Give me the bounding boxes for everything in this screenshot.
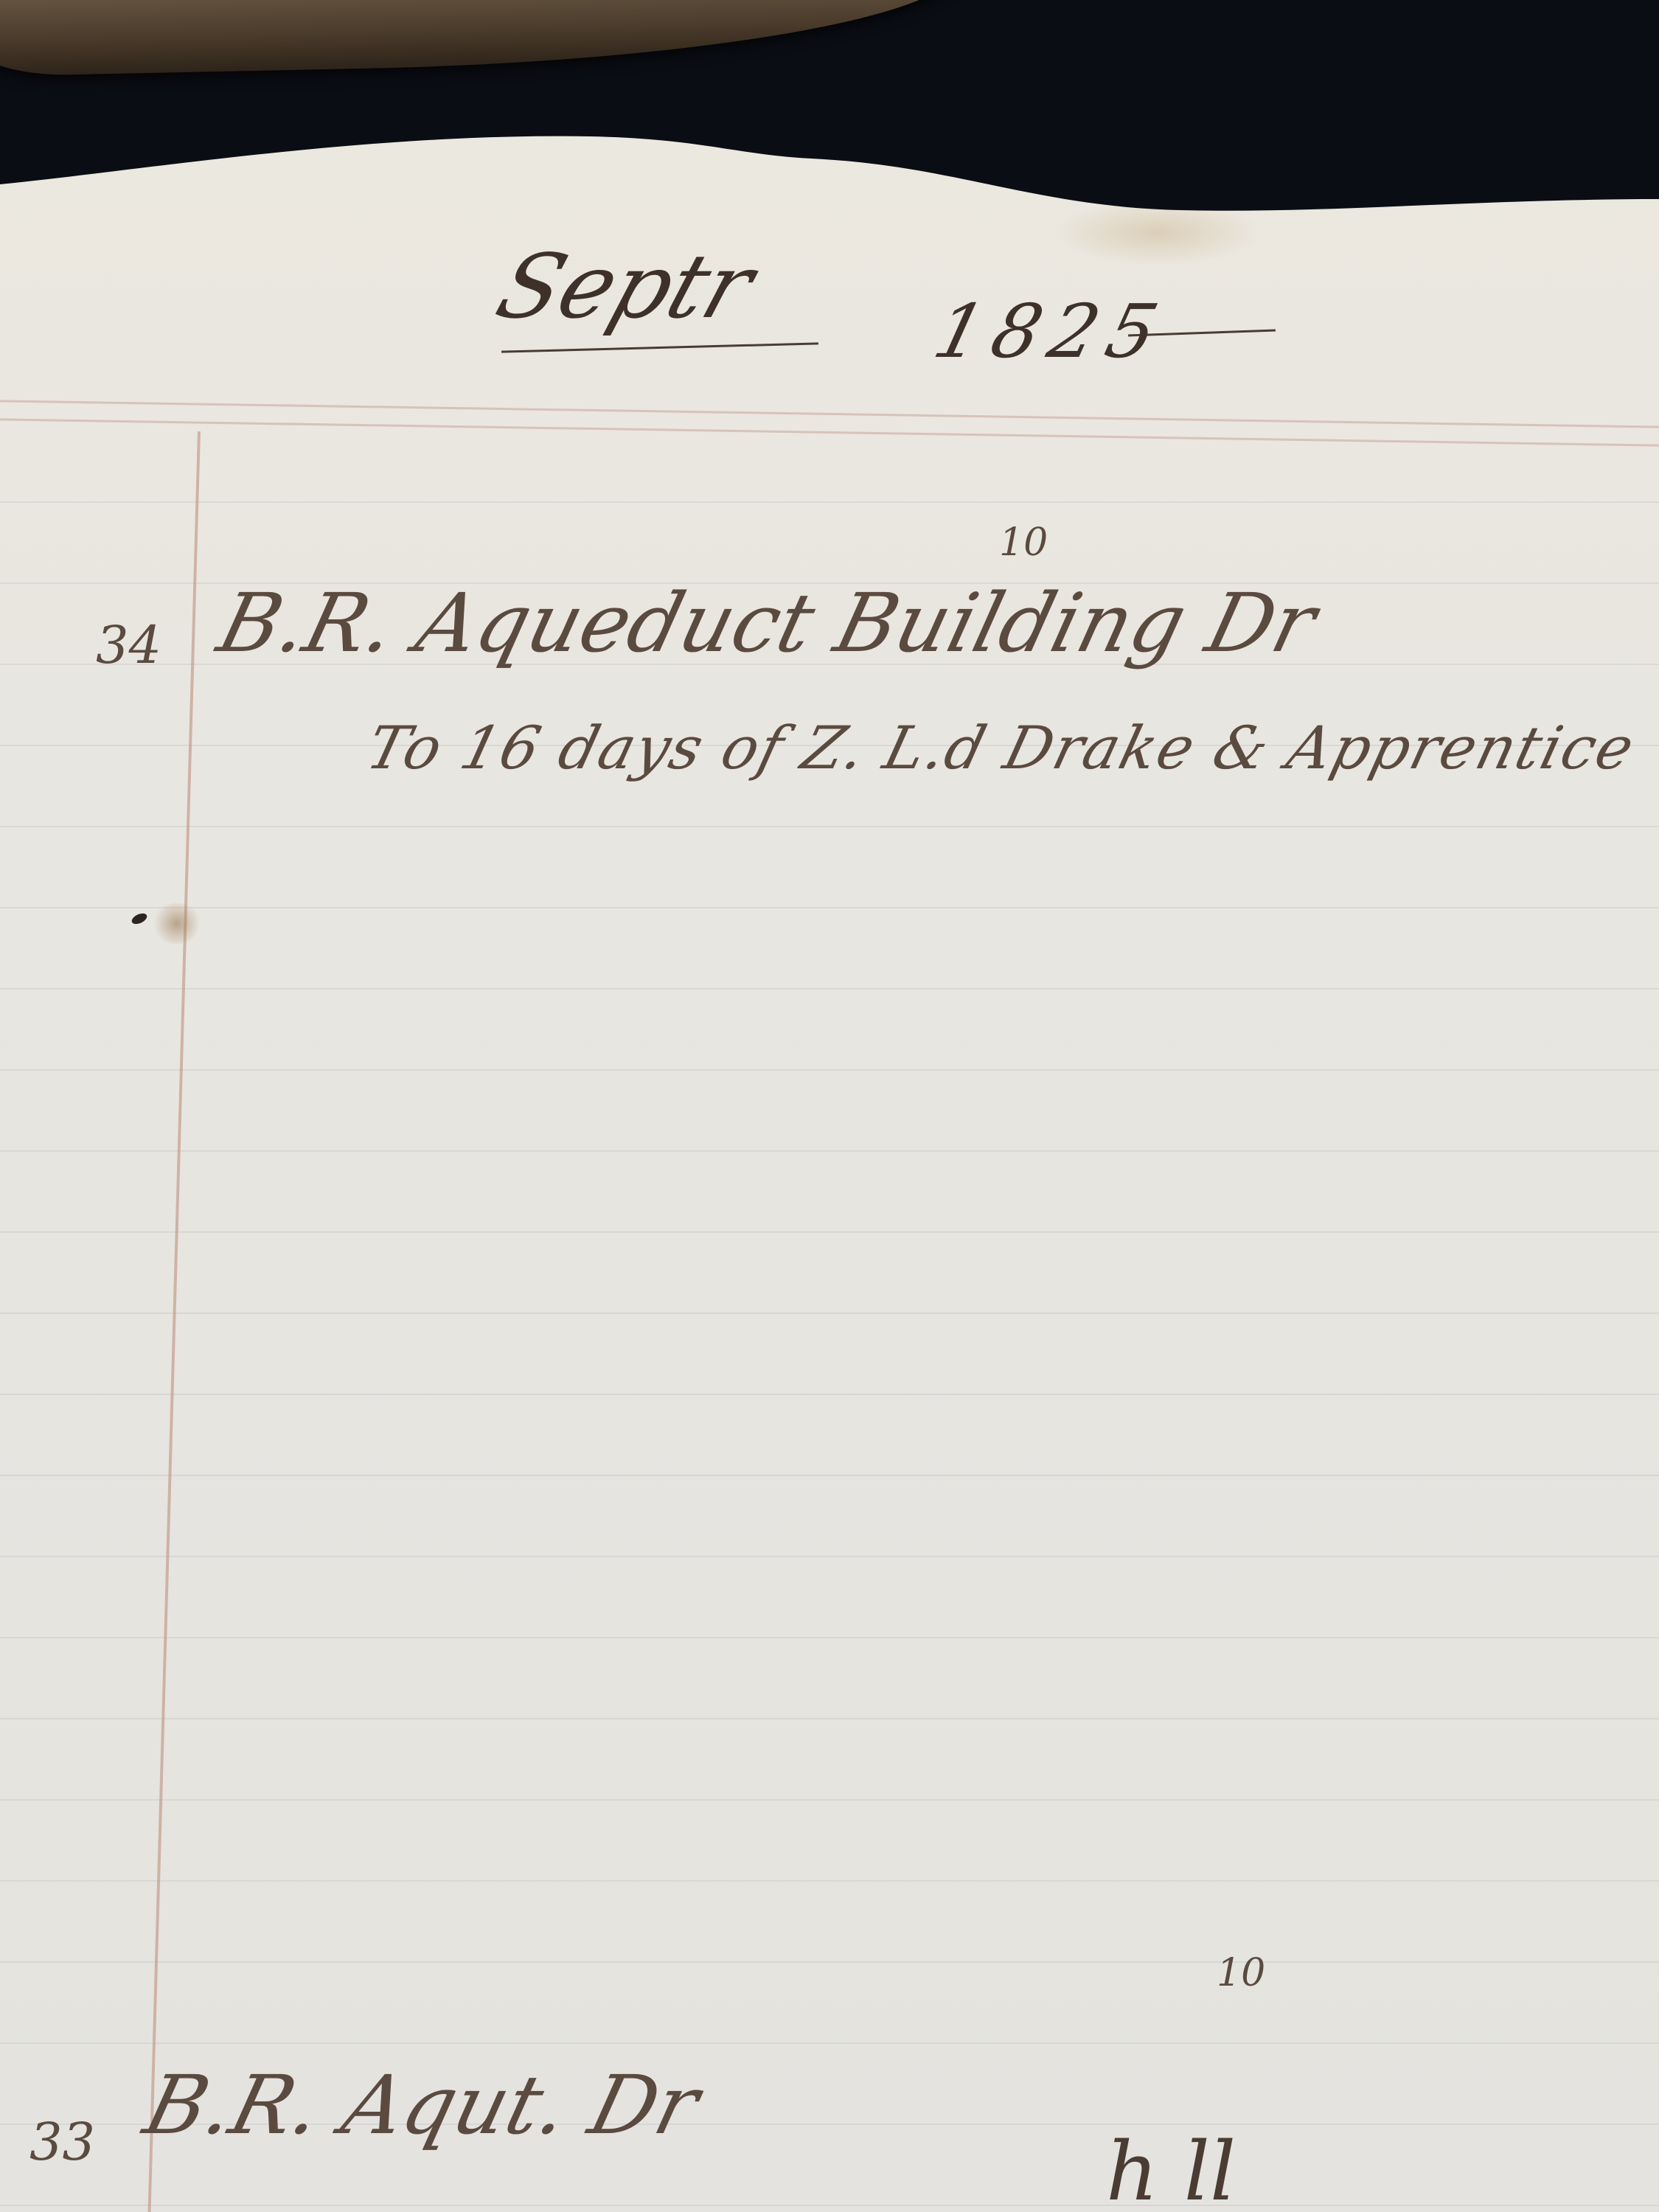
- ruled-line: [0, 1394, 1659, 1395]
- ruled-line: [0, 1312, 1659, 1314]
- book-cover-edge: [0, 0, 959, 77]
- margin-line: [147, 431, 201, 2212]
- entry-line: To 16 days of Z. L.d Drake & Apprentice: [361, 719, 1641, 778]
- ruled-line: [0, 1799, 1659, 1801]
- ruled-line: [0, 1475, 1659, 1476]
- month-flourish: [501, 342, 818, 352]
- ledger-page: Septr 1825 10 34 B.R. Aqueduct Building …: [0, 0, 1659, 2212]
- ruled-line: [0, 1150, 1659, 1152]
- ruled-line: [0, 2042, 1659, 2044]
- header-year: 1825: [928, 295, 1175, 369]
- ruled-line: [0, 1880, 1659, 1882]
- entry-amount: 10: [1217, 1954, 1265, 1992]
- ruled-line: [0, 1961, 1659, 1963]
- ruled-line: [0, 1556, 1659, 1557]
- ink-stain: [151, 903, 203, 944]
- ruled-line: [0, 1231, 1659, 1233]
- entry-line-partial: h ll: [1106, 2131, 1236, 2212]
- ruled-line: [0, 2205, 1659, 2206]
- entry-heading: B.R. Aqut. Dr: [137, 2065, 706, 2146]
- entry-amount: 10: [999, 524, 1048, 562]
- ruled-line: [0, 1718, 1659, 1719]
- folio-number: 33: [29, 2116, 95, 2168]
- folio-number: 34: [96, 619, 161, 671]
- ruled-line: [0, 1069, 1659, 1071]
- ruled-line: [0, 988, 1659, 990]
- ruled-line: [0, 826, 1659, 827]
- header-month: Septr: [487, 243, 764, 332]
- ruled-line: [0, 907, 1659, 908]
- water-stain: [1054, 199, 1261, 265]
- ruled-line: [0, 1637, 1659, 1638]
- ink-dot: [130, 911, 148, 926]
- ruled-line: [0, 501, 1659, 503]
- entry-heading: B.R. Aqueduct Building Dr: [211, 582, 1323, 664]
